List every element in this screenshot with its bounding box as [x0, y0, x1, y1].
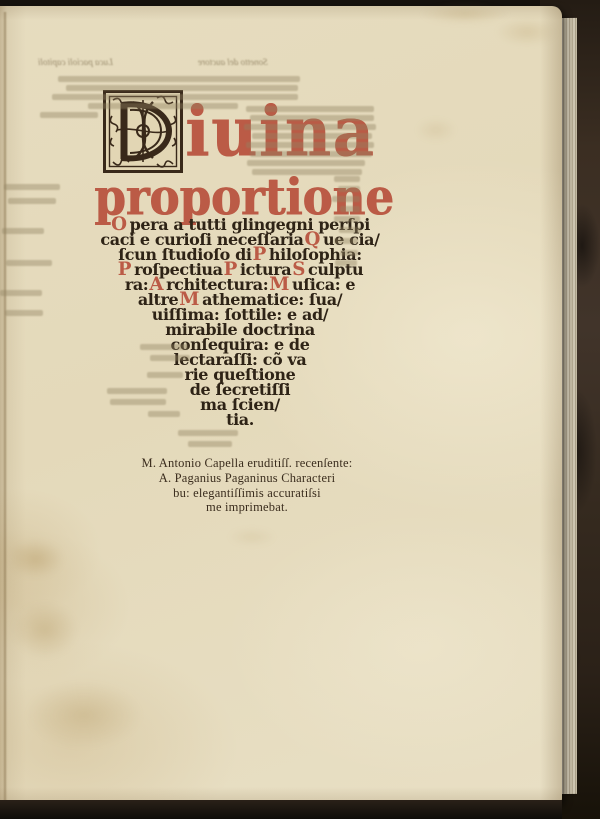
bleedthrough-header-left: Luca pacioli capitoli	[38, 57, 113, 67]
bleedthrough-text-line	[40, 112, 98, 118]
bleedthrough-text-line	[246, 106, 374, 112]
bleedthrough-text-line	[340, 250, 358, 256]
title-text-block: Opera a tutti glingegni perſpicaci e cur…	[84, 217, 396, 427]
bleedthrough-text-line	[244, 124, 376, 130]
paper-stain	[228, 528, 276, 546]
paper-stain	[26, 682, 142, 748]
colophon-line: A. Paganius Paganinus Characteri	[97, 471, 397, 486]
bleedthrough-text-line	[246, 142, 374, 148]
page-bottom-shadow	[0, 800, 562, 819]
bleedthrough-text-line	[150, 355, 190, 361]
paper-stain	[8, 540, 64, 578]
bleedthrough-text-line	[4, 184, 60, 190]
bleedthrough-text-line	[247, 160, 365, 166]
paper-stain	[12, 602, 78, 658]
bleedthrough-text-line	[66, 85, 298, 91]
bleedthrough-text-line	[340, 206, 360, 212]
title-block-text: tia.	[226, 410, 254, 429]
paper-stain	[496, 18, 558, 46]
bleedthrough-text-line	[334, 216, 360, 222]
bleedthrough-text-line	[58, 76, 300, 82]
paper-stain	[420, 4, 510, 24]
bleedthrough-text-line	[332, 196, 360, 202]
paper-stain	[416, 118, 456, 142]
book-scan-scene: Luca pacioli capitoli Sonetto del auctor…	[0, 0, 600, 819]
bleedthrough-text-line	[252, 169, 362, 175]
bleedthrough-text-line	[250, 115, 374, 121]
bleedthrough-text-line	[334, 238, 358, 244]
bleedthrough-text-line	[6, 260, 52, 266]
colophon-line: bu: elegantiſſimis accuratiſsi	[97, 486, 397, 501]
bleedthrough-text-line	[147, 372, 183, 378]
colophon-line: me imprimebat.	[97, 500, 397, 515]
bleedthrough-text-line	[140, 344, 188, 350]
bleedthrough-text-line	[178, 430, 238, 436]
colophon: M. Antonio Capella eruditiſſ. recenſente…	[97, 456, 397, 515]
colophon-line: M. Antonio Capella eruditiſſ. recenſente…	[97, 456, 397, 471]
gutter-fold-line	[3, 12, 7, 807]
bleedthrough-header-right: Sonetto del auctore	[198, 57, 268, 67]
bleedthrough-text-line	[0, 290, 42, 296]
bleedthrough-text-line	[188, 441, 232, 447]
bleedthrough-text-line	[107, 388, 167, 394]
bleedthrough-text-line	[5, 310, 43, 316]
bleedthrough-text-line	[339, 227, 361, 233]
title-block-line: tia.	[84, 412, 396, 427]
bleedthrough-text-line	[52, 94, 298, 100]
bleedthrough-text-line	[8, 198, 56, 204]
bleedthrough-text-line	[110, 399, 166, 405]
bleedthrough-text-line	[2, 228, 44, 234]
bleedthrough-text-line	[338, 186, 360, 192]
bleedthrough-text-line	[250, 151, 372, 157]
bleedthrough-text-line	[88, 103, 238, 109]
bleedthrough-text-line	[148, 411, 180, 417]
bleedthrough-text-line	[334, 176, 360, 182]
bleedthrough-text-line	[252, 133, 372, 139]
bleedthrough-text-line	[335, 260, 357, 266]
